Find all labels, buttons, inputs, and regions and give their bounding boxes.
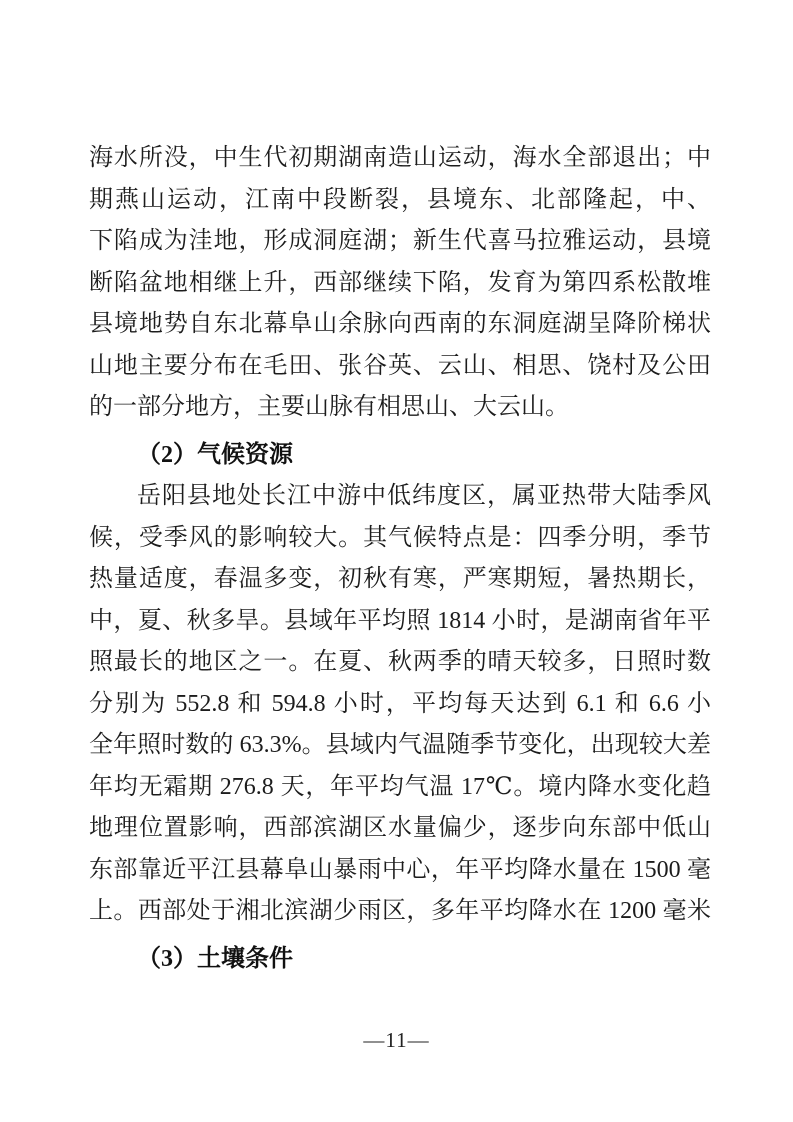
body-line: 分别为 552.8 和 594.8 小时，平均每天达到 6.1 和 6.6 小时…: [89, 684, 711, 726]
heading-climate-resources: （2）气候资源: [89, 435, 711, 477]
body-line: 下陷成为洼地，形成洞庭湖；新生代喜马拉雅运动，县境中、南: [89, 221, 711, 263]
page-number: —11—: [0, 1026, 793, 1054]
body-line: 岳阳县地处长江中游中低纬度区，属亚热带大陆季风湿润气: [89, 476, 711, 518]
body-line: 山地主要分布在毛田、张谷英、云山、相思、饶村及公田等乡镇: [89, 346, 711, 388]
body-line: 地理位置影响，西部滨湖区水量偏少，逐步向东部中低山区递增，: [89, 808, 711, 850]
page-body: 海水所没，中生代初期湖南造山运动，海水全部退出；中生代末 期燕山运动，江南中段断…: [89, 138, 711, 980]
body-line: 全年照时数的 63.3%。县域内气温随季节变化，出现较大差异，: [89, 725, 711, 767]
body-line: 热量适度，春温多变，初秋有寒，严寒期短，暑热期长，雨水集: [89, 559, 711, 601]
body-line: 照最长的地区之一。在夏、秋两季的晴天较多，日照时数较长，: [89, 642, 711, 684]
body-line: 海水所没，中生代初期湖南造山运动，海水全部退出；中生代末: [89, 138, 711, 180]
body-line: 期燕山运动，江南中段断裂，县境东、北部隆起，中、南、西部: [89, 180, 711, 222]
body-line: 中，夏、秋多旱。县域年平均照 1814 小时，是湖南省年平均日: [89, 601, 711, 643]
body-line: 断陷盆地相继上升，西部继续下陷，发育为第四系松散堆积物。: [89, 263, 711, 305]
body-line: 的一部分地方，主要山脉有相思山、大云山。: [89, 387, 711, 429]
document-page: 海水所没，中生代初期湖南造山运动，海水全部退出；中生代末 期燕山运动，江南中段断…: [0, 0, 793, 1122]
body-line: 县境地势自东北幕阜山余脉向西南的东洞庭湖呈降阶梯状倾斜。: [89, 304, 711, 346]
body-line: 年均无霜期 276.8 天，年平均气温 17℃。境内降水变化趋势受: [89, 767, 711, 809]
heading-soil-conditions: （3）土壤条件: [89, 939, 711, 981]
body-line: 候，受季风的影响较大。其气候特点是：四季分明，季节性强，: [89, 518, 711, 560]
body-line: 上。西部处于湘北滨湖少雨区，多年平均降水在 1200 毫米以下。: [89, 891, 711, 933]
body-line: 东部靠近平江县幕阜山暴雨中心，年平均降水量在 1500 毫米以: [89, 850, 711, 892]
